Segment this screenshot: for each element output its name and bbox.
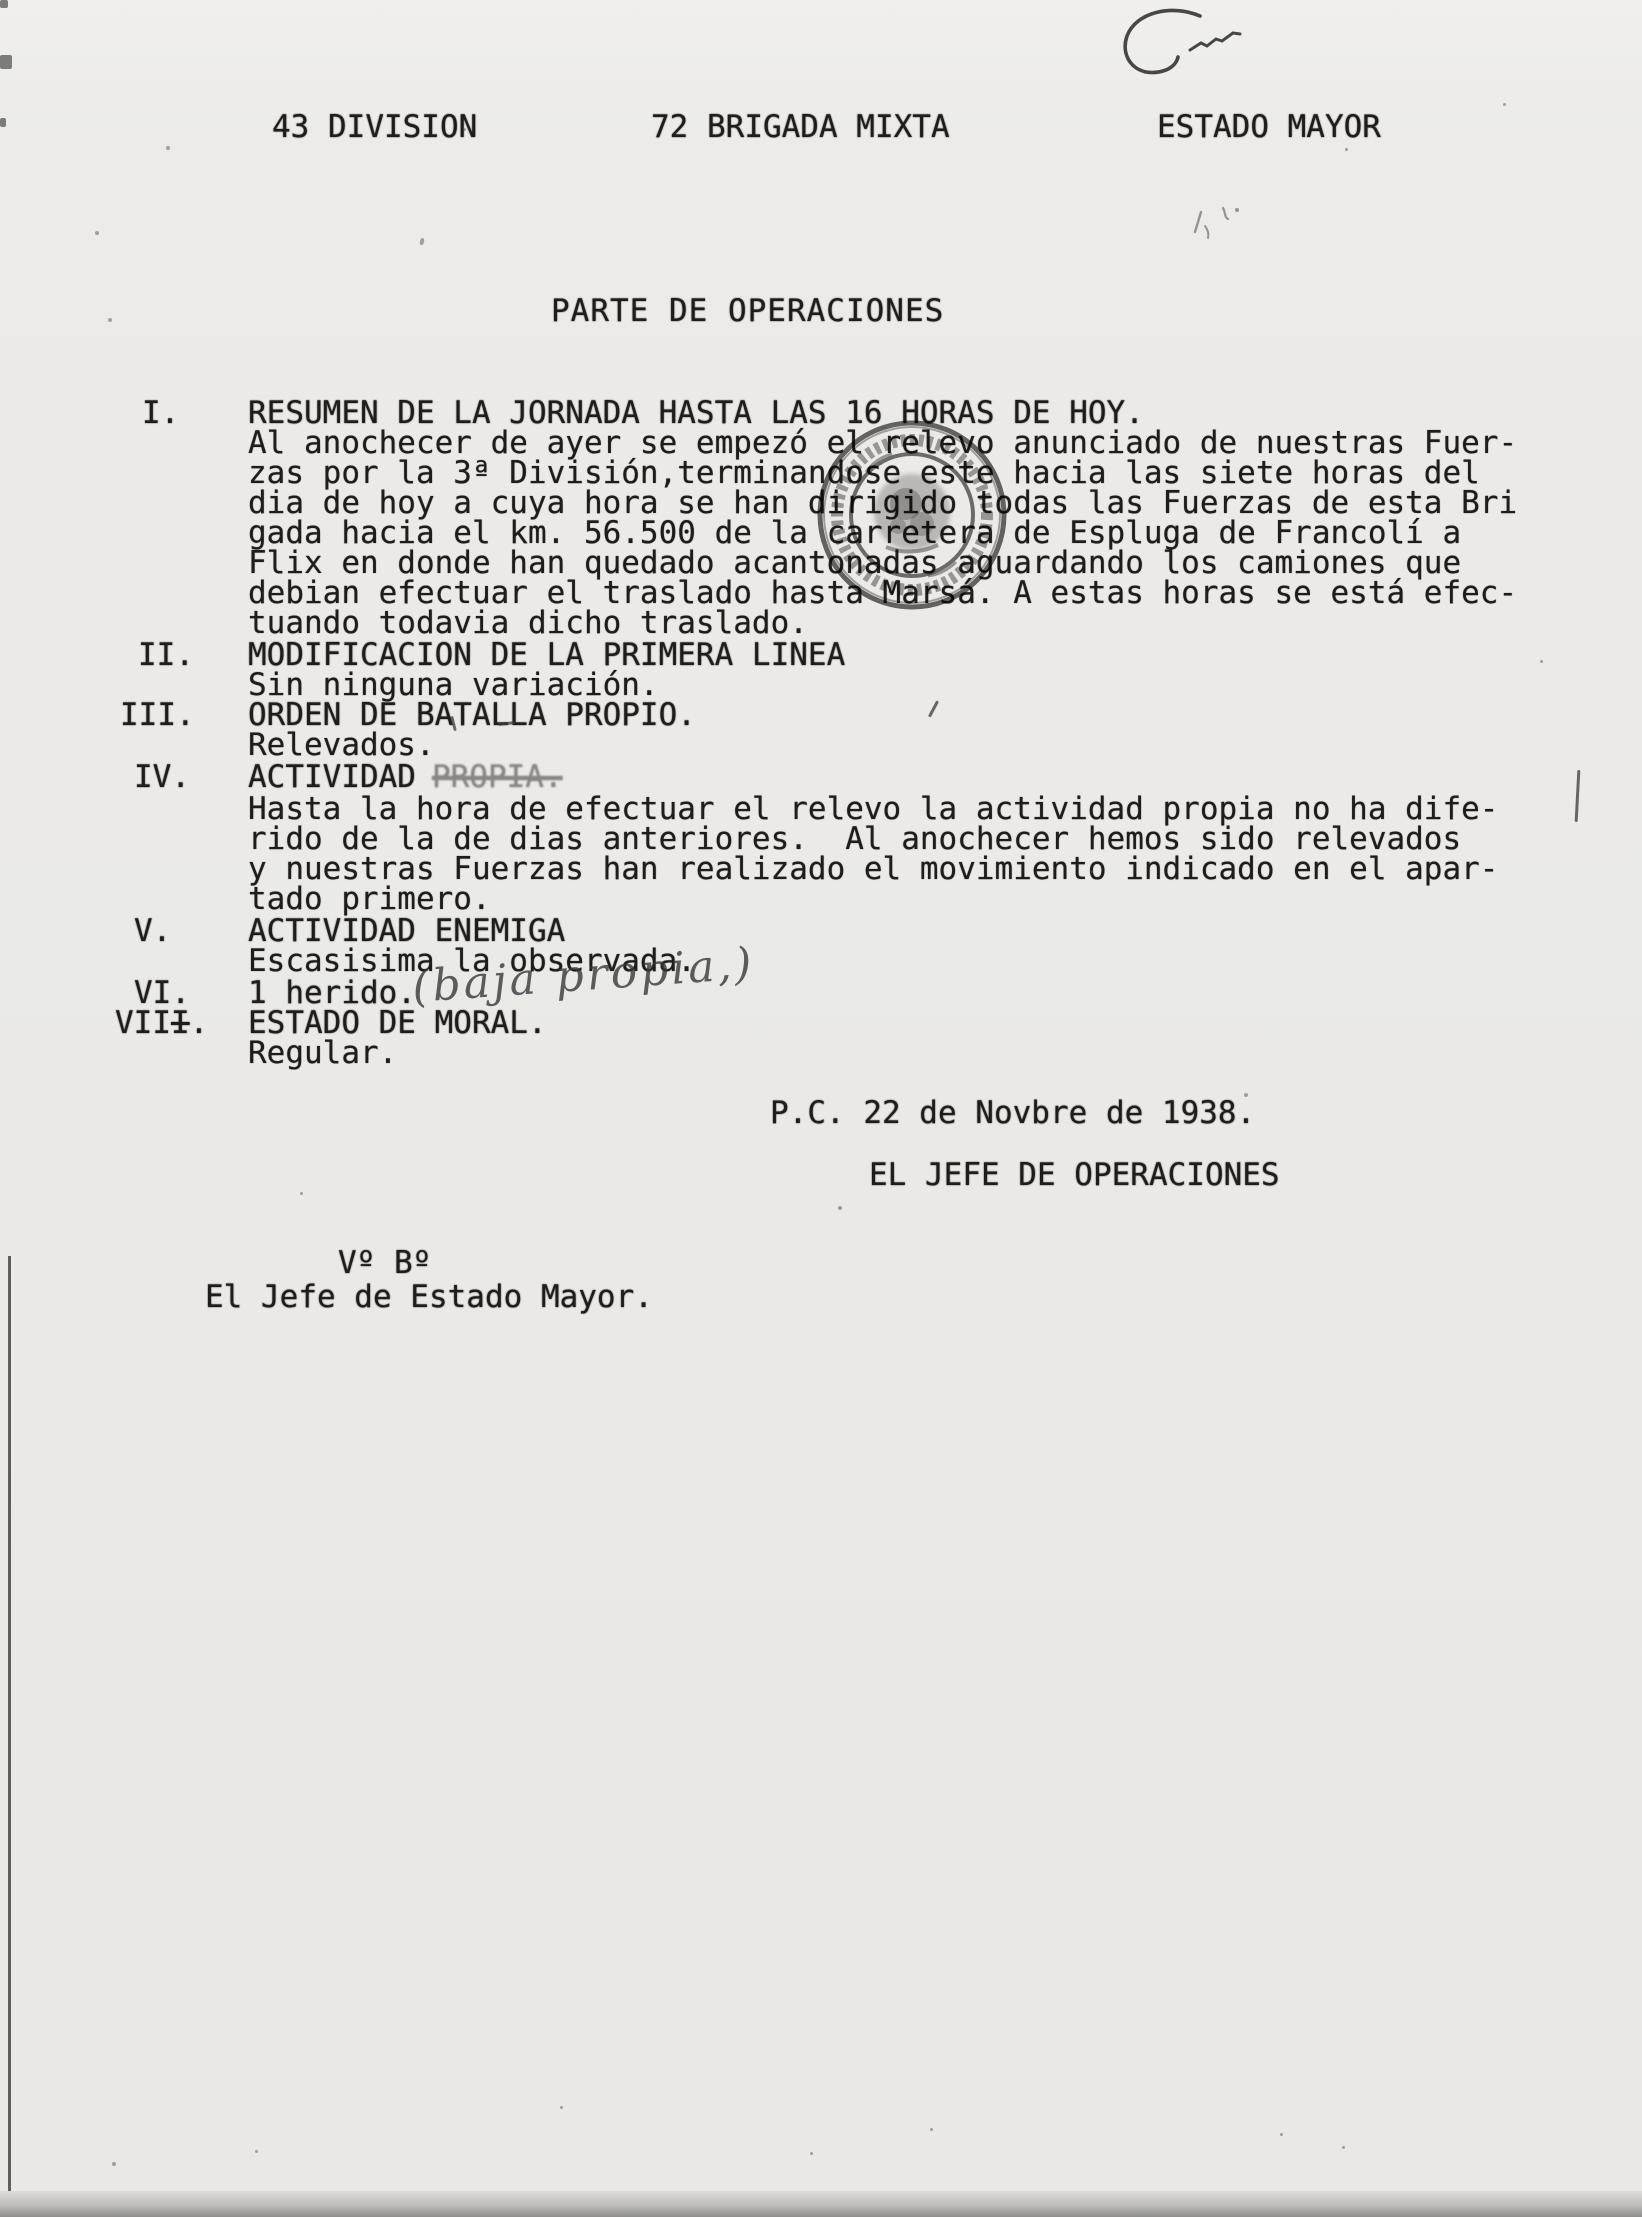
numeral-struck-char: I [171,1005,190,1041]
section-numeral: III. [120,700,195,730]
section-numeral: VI. [134,978,190,1008]
report-line: tuando todavia dicho traslado. [248,608,808,638]
paper-speckle [1342,2146,1345,2149]
numeral-dot: . [190,1005,209,1041]
margin-pen-stroke [1575,770,1581,822]
paper-speckle [560,2106,563,2109]
paper-speckle [930,2128,933,2131]
scanned-report-page: 43 DIVISION 72 BRIGADA MIXTA ESTADO MAYO… [0,0,1642,2217]
paper-speckle [463,128,466,131]
section-numeral: I. [142,398,179,428]
paper-speckle [1280,2133,1283,2136]
paper-speckle [300,1192,303,1195]
circular-stamp-icon [806,412,1018,618]
report-line: Relevados. [248,730,435,760]
heading-text: ACTIVIDAD [248,759,416,795]
paper-speckle [255,2150,258,2153]
heading-struck-word: PROPIA. [432,759,563,795]
pencil-mark-icon [1185,202,1255,258]
pen-scribble-icon [1082,4,1262,94]
scan-edge-bottom [0,2191,1642,2217]
numeral-text: VII [115,1005,171,1041]
report-line: Regular. [248,1038,397,1068]
report-line: Hasta la hora de efectuar el relevo la a… [248,794,1498,824]
paper-speckle [1244,1093,1248,1097]
stray-mark [928,700,939,717]
section-heading: MODIFICACION DE LA PRIMERA LINEA [248,640,845,670]
section-heading: 1 herido. [248,978,416,1008]
section-heading: ACTIVIDAD ENEMIGA [248,916,565,946]
scan-edge-left [8,1256,11,2217]
report-line: rido de la de dias anteriores. Al anoche… [248,824,1461,854]
section-numeral: II. [138,640,194,670]
paper-speckle [1503,103,1506,106]
section-heading: ORDEN DE BATALLA PROPIO. [248,700,696,730]
paper-speckle [1540,660,1543,663]
report-line: y nuestras Fuerzas han realizado el movi… [248,854,1498,884]
header-brigade: 72 BRIGADA MIXTA [651,112,950,142]
signature-title: EL JEFE DE OPERACIONES [869,1160,1280,1190]
paper-speckle [1345,148,1348,151]
section-numeral: VIII. [115,1008,208,1038]
paper-speckle [419,238,425,246]
section-heading: ESTADO DE MORAL. [248,1008,547,1038]
paper-speckle [95,231,99,235]
paper-speckle [1090,870,1093,873]
header-division: 43 DIVISION [272,112,477,142]
paper-speckle [166,146,170,150]
report-line: tado primero. [248,884,491,914]
section-numeral: IV. [134,762,190,792]
approval-vobo: Vº Bº [338,1248,431,1278]
report-line: Sin ninguna variación. [248,670,659,700]
approval-title: El Jefe de Estado Mayor. [205,1282,653,1312]
paper-speckle [838,1206,842,1210]
header-staff: ESTADO MAYOR [1157,112,1381,142]
paper-speckle [810,2152,813,2155]
scan-edge-mark [0,0,8,8]
section-numeral: V. [134,916,171,946]
scan-edge-mark [0,118,6,127]
section-heading: ACTIVIDADPROPIA. [248,762,563,792]
dateline: P.C. 22 de Novbre de 1938. [770,1098,1255,1128]
scan-edge-mark [0,55,12,69]
paper-speckle [108,318,112,322]
paper-speckle [112,2162,116,2166]
page-title: PARTE DE OPERACIONES [551,296,944,326]
